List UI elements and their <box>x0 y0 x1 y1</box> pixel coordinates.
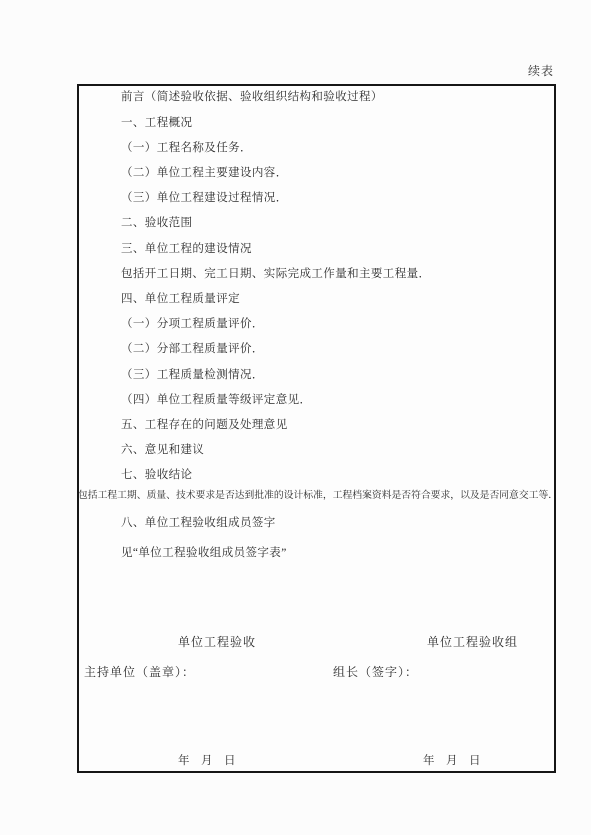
signature-right-title: 单位工程验收组 <box>427 633 518 650</box>
section-6-heading: 六、意见和建议 <box>121 443 204 457</box>
document-page: 续表 前言（简述验收依据、验收组织结构和验收过程） 一、工程概况 （一）工程名称… <box>0 0 591 835</box>
section-4-heading: 四、单位工程质量评定 <box>121 292 240 306</box>
signature-left-date: 年 月 日 <box>178 752 236 768</box>
section-2-heading: 二、验收范围 <box>121 216 192 230</box>
section-5-heading: 五、工程存在的问题及处理意见 <box>121 418 288 432</box>
signature-right-signer-label: 组长（签字）： <box>333 663 418 680</box>
item-4-2: （二）分部工程质量评价． <box>121 342 264 356</box>
item-4-1: （一）分项工程质量评价． <box>121 317 264 331</box>
section-8-note: 见“单位工程验收组成员签字表” <box>121 546 287 560</box>
item-1-2: （二）单位工程主要建设内容． <box>121 166 288 180</box>
section-3-note: 包括开工日期、完工日期、实际完成工作量和主要工程量． <box>121 267 430 281</box>
item-1-3: （三）单位工程建设过程情况． <box>121 191 288 205</box>
continued-table-label: 续表 <box>528 62 554 79</box>
section-8-heading: 八、单位工程验收组成员签字 <box>121 516 276 530</box>
item-1-1: （一）工程名称及任务． <box>121 141 252 155</box>
signature-left-title: 单位工程验收 <box>178 633 256 650</box>
section-7-heading: 七、验收结论 <box>121 468 192 482</box>
item-4-4: （四）单位工程质量等级评定意见． <box>121 393 311 407</box>
section-1-heading: 一、工程概况 <box>121 116 192 130</box>
section-3-heading: 三、单位工程的建设情况 <box>121 242 252 256</box>
signature-left-signer-label: 主持单位（盖章）： <box>84 663 195 680</box>
signature-right-date: 年 月 日 <box>423 752 481 768</box>
section-7-note: 包括工程工期、质量、技术要求是否达到批准的设计标准，工程档案资料是否符合要求，以… <box>78 489 590 503</box>
preface-line: 前言（简述验收依据、验收组织结构和验收过程） <box>121 90 383 104</box>
item-4-3: （三）工程质量检测情况． <box>121 368 264 382</box>
